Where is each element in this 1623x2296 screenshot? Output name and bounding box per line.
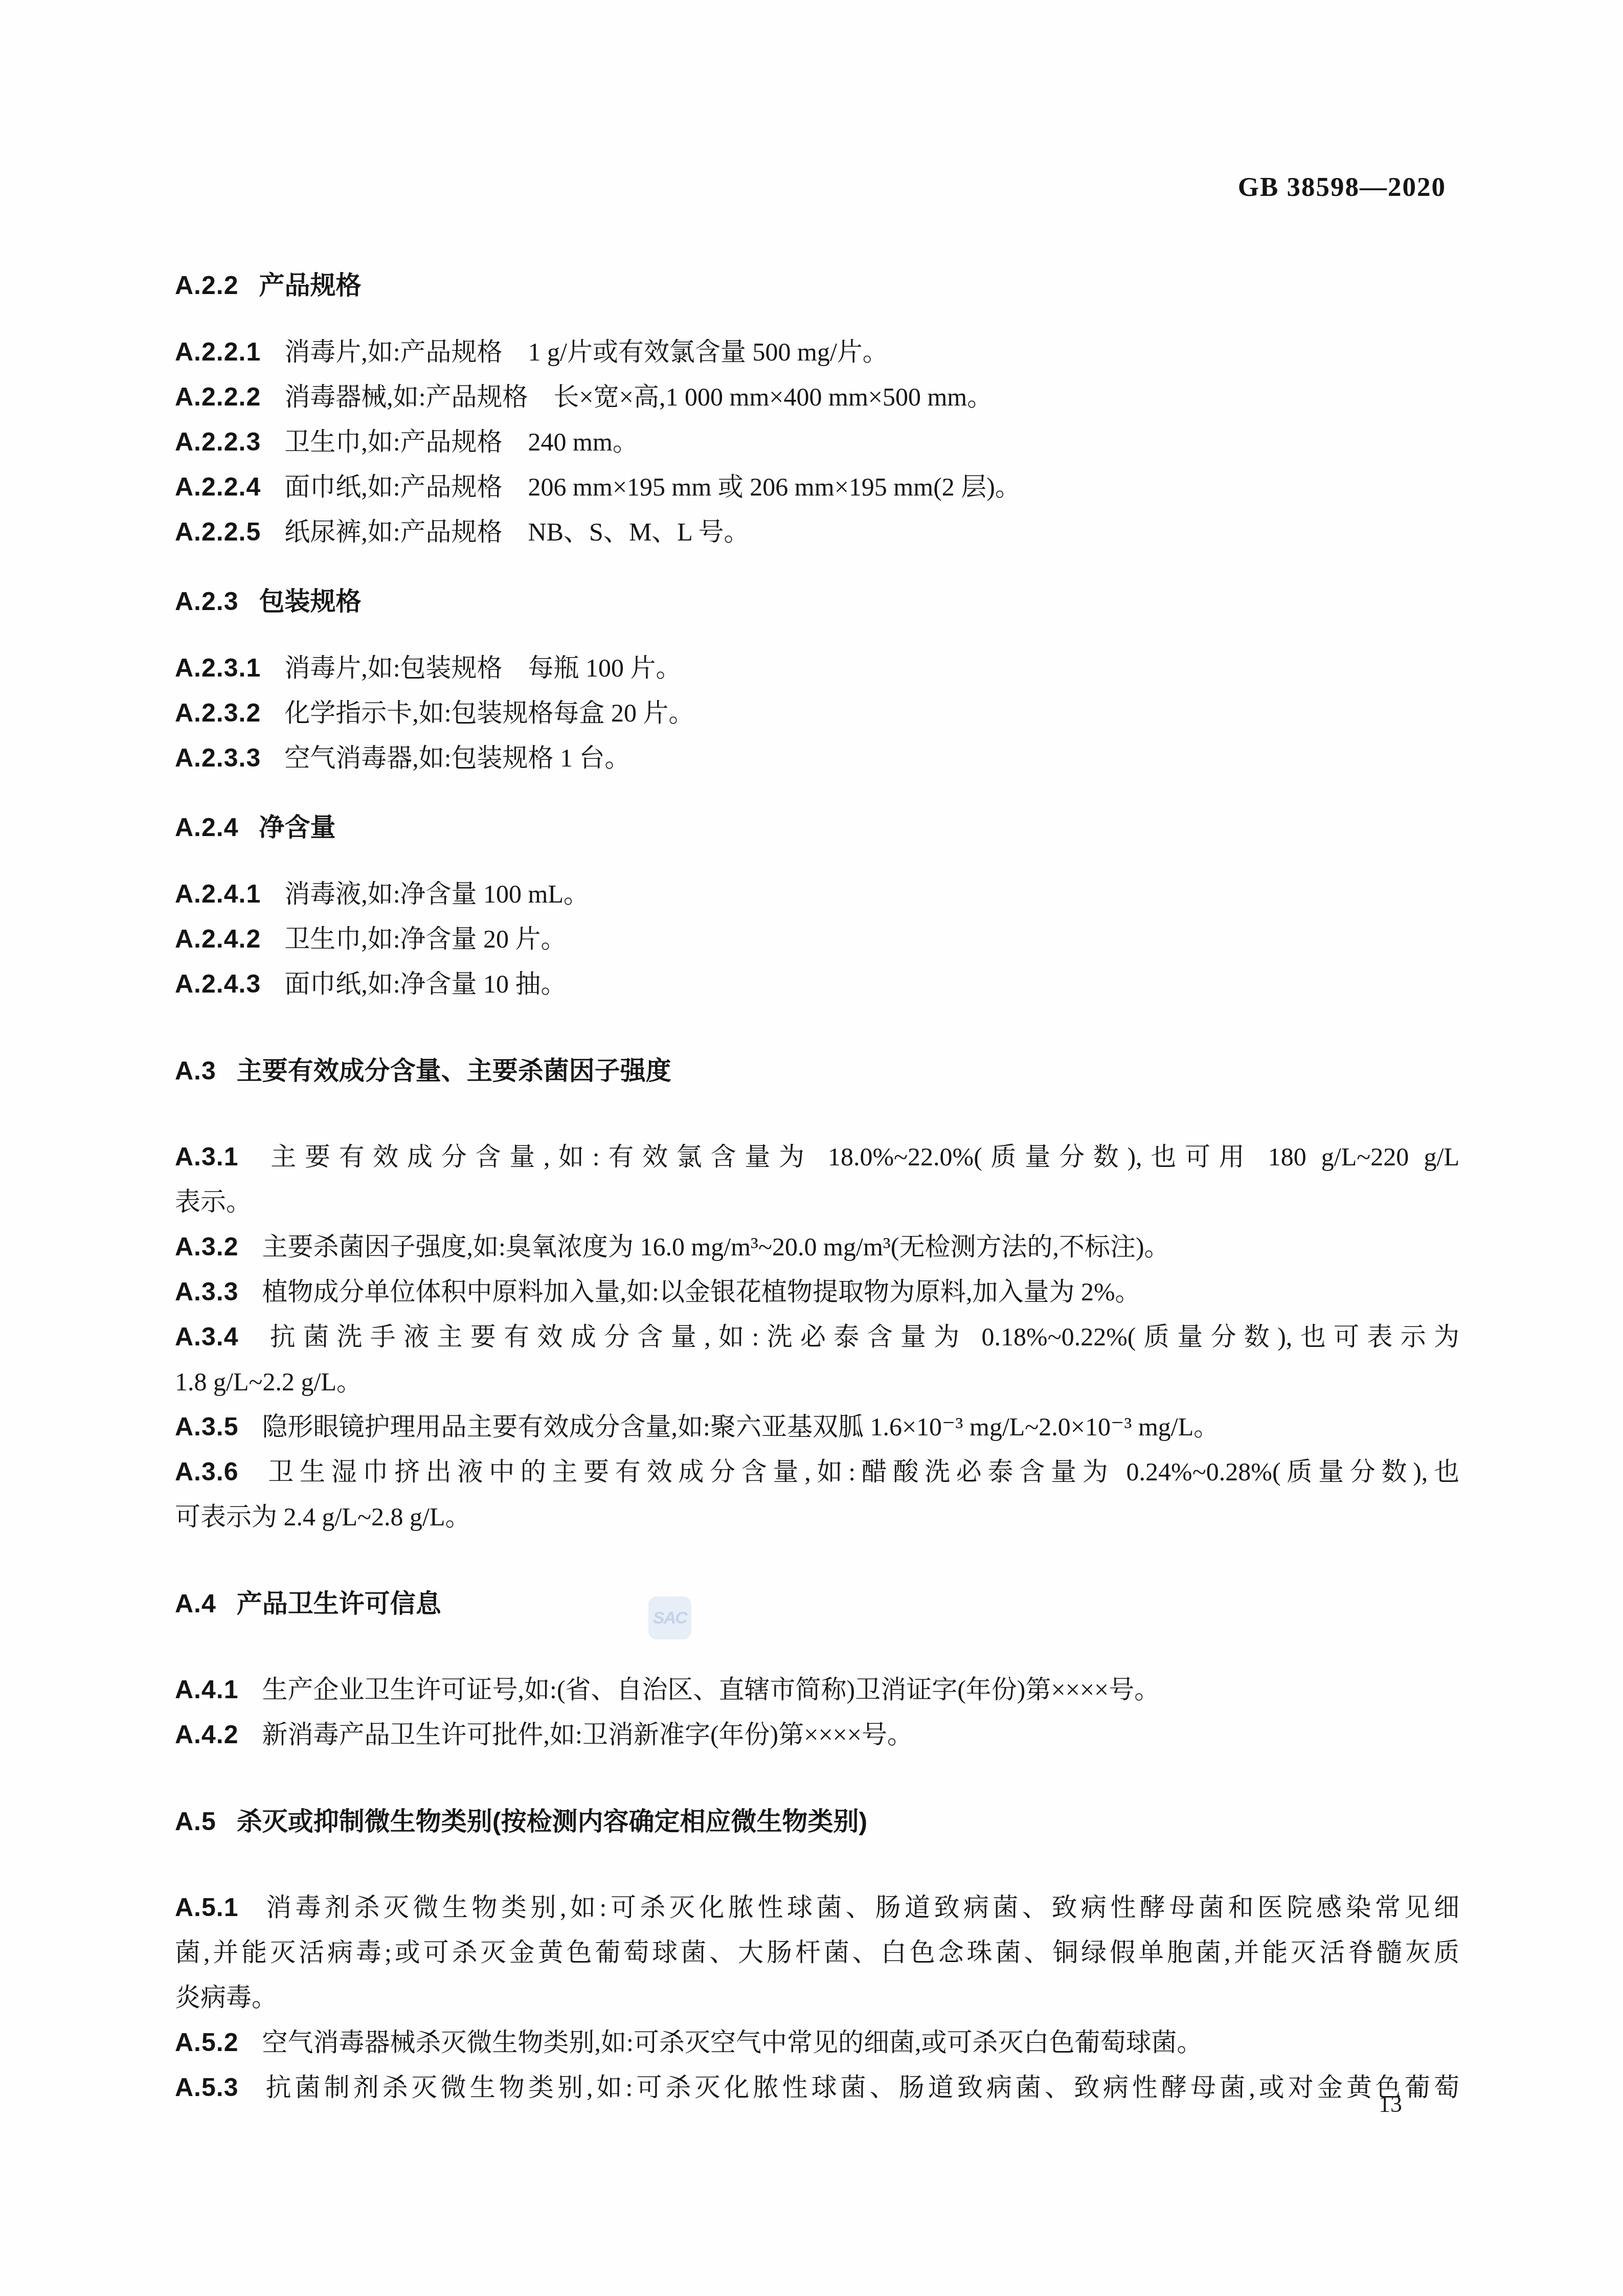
- clause-text: 可表示为 2.4 g/L~2.8 g/L。: [175, 1502, 470, 1531]
- clause-text: 产品规格: [259, 271, 362, 300]
- text-line: A.5.1消毒剂杀灭微生物类别,如:可杀灭化脓性球菌、肠道致病菌、致病性酵母菌和…: [175, 1885, 1459, 1930]
- section-heading: A.2.3包装规格: [175, 579, 1459, 624]
- clause-item: A.3.5隐形眼镜护理用品主要有效成分含量,如:聚六亚基双胍 1.6×10⁻³ …: [175, 1404, 1459, 1449]
- clause-item: A.4.2新消毒产品卫生许可批件,如:卫消新准字(年份)第××××号。: [175, 1712, 1459, 1757]
- clause-number: A.2.2: [175, 271, 239, 300]
- text-line: 炎病毒。: [175, 1975, 1459, 2020]
- clause-text: 隐形眼镜护理用品主要有效成分含量,如:聚六亚基双胍 1.6×10⁻³ mg/L~…: [262, 1412, 1220, 1441]
- clause-number: A.2.2.1: [175, 337, 261, 366]
- clause-text: 空气消毒器,如:包装规格 1 台。: [284, 744, 630, 772]
- clause-number: A.5.3: [175, 2073, 239, 2102]
- clause-number: A.2.3.2: [175, 699, 261, 727]
- section-heading: A.5杀灭或抑制微生物类别(按检测内容确定相应微生物类别): [175, 1799, 1459, 1844]
- clause-text: 植物成分单位体积中原料加入量,如:以金银花植物提取物为原料,加入量为 2%。: [262, 1277, 1141, 1306]
- text-line: A.2.4.1消毒液,如:净含量 100 mL。: [175, 871, 1459, 916]
- clause-item: A.2.2.1消毒片,如:产品规格 1 g/片或有效氯含量 500 mg/片。: [175, 329, 1459, 374]
- clause-text: 面巾纸,如:产品规格 206 mm×195 mm 或 206 mm×195 mm…: [284, 472, 1021, 501]
- clause-text: 纸尿裤,如:产品规格 NB、S、M、L 号。: [284, 517, 749, 546]
- clause-item: A.2.3.2化学指示卡,如:包装规格每盒 20 片。: [175, 690, 1459, 735]
- clause-text: 主要有效成分含量、主要杀菌因子强度: [237, 1056, 671, 1085]
- clause-text: 消毒液,如:净含量 100 mL。: [284, 880, 589, 908]
- text-line: A.5.2空气消毒器械杀灭微生物类别,如:可杀灭空气中常见的细菌,或可杀灭白色葡…: [175, 2020, 1459, 2065]
- clause-text: 炎病毒。: [175, 1983, 277, 2012]
- clause-text: 净含量: [259, 813, 336, 842]
- text-line: A.2.2.4面巾纸,如:产品规格 206 mm×195 mm 或 206 mm…: [175, 464, 1459, 509]
- clause-item: A.5.2空气消毒器械杀灭微生物类别,如:可杀灭空气中常见的细菌,或可杀灭白色葡…: [175, 2020, 1459, 2065]
- clause-text: 新消毒产品卫生许可批件,如:卫消新准字(年份)第××××号。: [262, 1720, 913, 1749]
- text-line: A.2.2.5纸尿裤,如:产品规格 NB、S、M、L 号。: [175, 509, 1459, 554]
- clause-text: 化学指示卡,如:包装规格每盒 20 片。: [284, 699, 694, 727]
- text-line: A.3.6卫生湿巾挤出液中的主要有效成分含量,如:醋酸洗必泰含量为 0.24%~…: [175, 1449, 1459, 1494]
- clause-item: A.2.3.1消毒片,如:包装规格 每瓶 100 片。: [175, 645, 1459, 690]
- text-line: A.2.3.1消毒片,如:包装规格 每瓶 100 片。: [175, 645, 1459, 690]
- document-content: A.2.2产品规格A.2.2.1消毒片,如:产品规格 1 g/片或有效氯含量 5…: [175, 238, 1459, 2110]
- clause-text: 卫生巾,如:产品规格 240 mm。: [284, 427, 638, 456]
- text-line: 菌,并能灭活病毒;或可杀灭金黄色葡萄球菌、大肠杆菌、白色念珠菌、铜绿假单胞菌,并…: [175, 1930, 1459, 1975]
- clause-text: 消毒片,如:包装规格 每瓶 100 片。: [284, 654, 681, 682]
- clause-number: A.2.4.3: [175, 970, 261, 998]
- page-number: 13: [1379, 2090, 1402, 2118]
- clause-text: 卫生湿巾挤出液中的主要有效成分含量,如:醋酸洗必泰含量为 0.24%~0.28%…: [262, 1457, 1459, 1486]
- clause-text: 抗菌制剂杀灭微生物类别,如:可杀灭化脓性球菌、肠道致病菌、致病性酵母菌,或对金黄…: [262, 2073, 1459, 2102]
- clause-number: A.2.4: [175, 813, 239, 842]
- clause-text: 产品卫生许可信息: [237, 1589, 441, 1618]
- text-line: A.3.3植物成分单位体积中原料加入量,如:以金银花植物提取物为原料,加入量为 …: [175, 1269, 1459, 1314]
- clause-item: A.5.1消毒剂杀灭微生物类别,如:可杀灭化脓性球菌、肠道致病菌、致病性酵母菌和…: [175, 1885, 1459, 2020]
- text-line: A.2.2.3卫生巾,如:产品规格 240 mm。: [175, 419, 1459, 464]
- text-line: A.2.4净含量: [175, 805, 1459, 850]
- clause-text: 1.8 g/L~2.2 g/L。: [175, 1367, 362, 1396]
- clause-text: 消毒片,如:产品规格 1 g/片或有效氯含量 500 mg/片。: [284, 337, 888, 366]
- clause-item: A.3.1主要有效成分含量,如:有效氯含量为 18.0%~22.0%(质量分数)…: [175, 1134, 1459, 1224]
- text-line: A.2.3.2化学指示卡,如:包装规格每盒 20 片。: [175, 690, 1459, 735]
- clause-number: A.2.2.5: [175, 517, 261, 546]
- clause-number: A.5: [175, 1807, 216, 1836]
- clause-number: A.2.2.3: [175, 427, 261, 456]
- clause-number: A.5.2: [175, 2028, 239, 2057]
- clause-text: 消毒器械,如:产品规格 长×宽×高,1 000 mm×400 mm×500 mm…: [284, 382, 993, 411]
- text-line: 可表示为 2.4 g/L~2.8 g/L。: [175, 1494, 1459, 1539]
- clause-text: 包装规格: [259, 587, 362, 616]
- clause-item: A.2.4.1消毒液,如:净含量 100 mL。: [175, 871, 1459, 916]
- text-line: A.2.2.2消毒器械,如:产品规格 长×宽×高,1 000 mm×400 mm…: [175, 374, 1459, 419]
- clause-item: A.2.2.5纸尿裤,如:产品规格 NB、S、M、L 号。: [175, 509, 1459, 554]
- clause-number: A.3.3: [175, 1277, 239, 1306]
- clause-text: 抗菌洗手液主要有效成分含量,如:洗必泰含量为 0.18%~0.22%(质量分数)…: [262, 1322, 1459, 1351]
- clause-item: A.3.2主要杀菌因子强度,如:臭氧浓度为 16.0 mg/m³~20.0 mg…: [175, 1224, 1459, 1269]
- text-line: A.2.2产品规格: [175, 263, 1459, 308]
- clause-text: 主要杀菌因子强度,如:臭氧浓度为 16.0 mg/m³~20.0 mg/m³(无…: [262, 1232, 1170, 1261]
- clause-number: A.4: [175, 1589, 216, 1618]
- text-line: A.3.2主要杀菌因子强度,如:臭氧浓度为 16.0 mg/m³~20.0 mg…: [175, 1224, 1459, 1269]
- clause-text: 菌,并能灭活病毒;或可杀灭金黄色葡萄球菌、大肠杆菌、白色念珠菌、铜绿假单胞菌,并…: [175, 1938, 1459, 1967]
- sac-watermark-text: SAC: [653, 1608, 687, 1628]
- clause-number: A.4.2: [175, 1720, 239, 1749]
- clause-number: A.3.2: [175, 1232, 239, 1261]
- text-line: 1.8 g/L~2.2 g/L。: [175, 1359, 1459, 1404]
- clause-number: A.2.4.1: [175, 880, 261, 908]
- clause-text: 杀灭或抑制微生物类别(按检测内容确定相应微生物类别): [237, 1807, 867, 1836]
- clause-number: A.3.6: [175, 1457, 239, 1486]
- text-line: A.4产品卫生许可信息: [175, 1581, 1459, 1626]
- clause-text: 生产企业卫生许可证号,如:(省、自治区、直辖市简称)卫消证字(年份)第××××号…: [262, 1675, 1160, 1704]
- clause-number: A.5.1: [175, 1893, 239, 1922]
- clause-number: A.2.4.2: [175, 925, 261, 953]
- text-line: A.2.4.2卫生巾,如:净含量 20 片。: [175, 916, 1459, 961]
- clause-item: A.2.3.3空气消毒器,如:包装规格 1 台。: [175, 735, 1459, 780]
- clause-item: A.2.2.2消毒器械,如:产品规格 长×宽×高,1 000 mm×400 mm…: [175, 374, 1459, 419]
- document-page: GB 38598—2020 A.2.2产品规格A.2.2.1消毒片,如:产品规格…: [0, 0, 1623, 2296]
- text-line: A.3.5隐形眼镜护理用品主要有效成分含量,如:聚六亚基双胍 1.6×10⁻³ …: [175, 1404, 1459, 1449]
- clause-item: A.3.6卫生湿巾挤出液中的主要有效成分含量,如:醋酸洗必泰含量为 0.24%~…: [175, 1449, 1459, 1539]
- clause-item: A.2.4.2卫生巾,如:净含量 20 片。: [175, 916, 1459, 961]
- clause-number: A.2.3.1: [175, 654, 261, 682]
- section-heading: A.2.4净含量: [175, 805, 1459, 850]
- clause-number: A.3.5: [175, 1412, 239, 1441]
- clause-item: A.5.3抗菌制剂杀灭微生物类别,如:可杀灭化脓性球菌、肠道致病菌、致病性酵母菌…: [175, 2065, 1459, 2110]
- clause-number: A.2.3: [175, 587, 239, 616]
- section-heading: A.2.2产品规格: [175, 263, 1459, 308]
- clause-item: A.2.4.3面巾纸,如:净含量 10 抽。: [175, 961, 1459, 1006]
- text-line: A.4.1生产企业卫生许可证号,如:(省、自治区、直辖市简称)卫消证字(年份)第…: [175, 1667, 1459, 1712]
- text-line: A.2.3.3空气消毒器,如:包装规格 1 台。: [175, 735, 1459, 780]
- clause-text: 面巾纸,如:净含量 10 抽。: [284, 970, 566, 998]
- clause-item: A.2.2.3卫生巾,如:产品规格 240 mm。: [175, 419, 1459, 464]
- text-line: A.4.2新消毒产品卫生许可批件,如:卫消新准字(年份)第××××号。: [175, 1712, 1459, 1757]
- section-heading: A.3主要有效成分含量、主要杀菌因子强度: [175, 1048, 1459, 1093]
- clause-text: 表示。: [175, 1187, 252, 1216]
- clause-item: A.4.1生产企业卫生许可证号,如:(省、自治区、直辖市简称)卫消证字(年份)第…: [175, 1667, 1459, 1712]
- text-line: A.2.3包装规格: [175, 579, 1459, 624]
- sac-watermark-logo: SAC: [648, 1596, 691, 1639]
- standard-number-header: GB 38598—2020: [1238, 172, 1446, 202]
- clause-number: A.2.2.4: [175, 472, 261, 501]
- clause-text: 卫生巾,如:净含量 20 片。: [284, 925, 566, 953]
- clause-item: A.3.3植物成分单位体积中原料加入量,如:以金银花植物提取物为原料,加入量为 …: [175, 1269, 1459, 1314]
- clause-number: A.2.2.2: [175, 382, 261, 411]
- text-line: A.3主要有效成分含量、主要杀菌因子强度: [175, 1048, 1459, 1093]
- text-line: 表示。: [175, 1179, 1459, 1224]
- clause-text: 消毒剂杀灭微生物类别,如:可杀灭化脓性球菌、肠道致病菌、致病性酵母菌和医院感染常…: [262, 1893, 1459, 1922]
- text-line: A.2.4.3面巾纸,如:净含量 10 抽。: [175, 961, 1459, 1006]
- clause-item: A.3.4抗菌洗手液主要有效成分含量,如:洗必泰含量为 0.18%~0.22%(…: [175, 1314, 1459, 1404]
- text-line: A.5杀灭或抑制微生物类别(按检测内容确定相应微生物类别): [175, 1799, 1459, 1844]
- clause-text: 主要有效成分含量,如:有效氯含量为 18.0%~22.0%(质量分数),也可用 …: [262, 1142, 1459, 1171]
- clause-number: A.3.1: [175, 1142, 239, 1171]
- text-line: A.5.3抗菌制剂杀灭微生物类别,如:可杀灭化脓性球菌、肠道致病菌、致病性酵母菌…: [175, 2065, 1459, 2110]
- clause-number: A.2.3.3: [175, 744, 261, 772]
- clause-number: A.3: [175, 1056, 216, 1085]
- text-line: A.2.2.1消毒片,如:产品规格 1 g/片或有效氯含量 500 mg/片。: [175, 329, 1459, 374]
- clause-number: A.4.1: [175, 1675, 239, 1704]
- text-line: A.3.1主要有效成分含量,如:有效氯含量为 18.0%~22.0%(质量分数)…: [175, 1134, 1459, 1179]
- clause-text: 空气消毒器械杀灭微生物类别,如:可杀灭空气中常见的细菌,或可杀灭白色葡萄球菌。: [262, 2028, 1203, 2057]
- clause-item: A.2.2.4面巾纸,如:产品规格 206 mm×195 mm 或 206 mm…: [175, 464, 1459, 509]
- clause-number: A.3.4: [175, 1322, 239, 1351]
- clauses: A.2.2产品规格A.2.2.1消毒片,如:产品规格 1 g/片或有效氯含量 5…: [175, 263, 1459, 2110]
- text-line: A.3.4抗菌洗手液主要有效成分含量,如:洗必泰含量为 0.18%~0.22%(…: [175, 1314, 1459, 1359]
- section-heading: A.4产品卫生许可信息: [175, 1581, 1459, 1626]
